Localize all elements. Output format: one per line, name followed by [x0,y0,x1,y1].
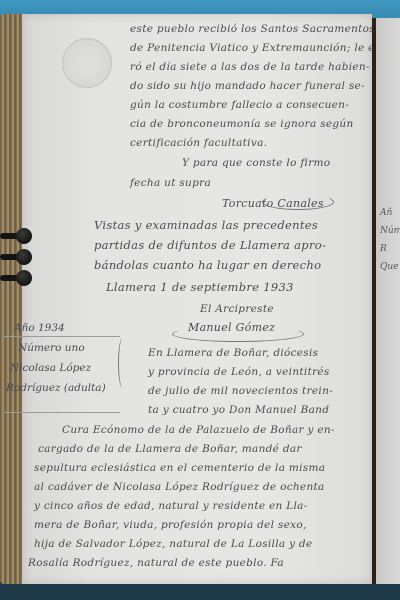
entry-line: fecha ut supra [130,174,211,194]
facing-page: Añ Núm R Que [376,18,400,584]
entry-line: cia de bronconeumonía se ignora según [130,115,354,135]
entry-line: ró el día siete a las dos de la tarde ha… [130,58,370,78]
entry-line: cargado de la de Llamera de Boñar, mandé… [38,440,302,460]
entry-line: al cadáver de Nicolasa López Rodríguez d… [34,478,325,498]
entry-line: certificación facultativa. [130,134,267,154]
embossed-seal [62,38,112,88]
margin-bracket [118,338,127,388]
entry-line: Y para que conste lo firmo [182,154,330,174]
entry-line: este pueblo recibió los Santos Sacrament… [130,20,375,40]
entry-line: En Llamera de Boñar, diócesis [148,344,318,364]
approval-line: Vistas y examinadas las precedentes [94,216,318,236]
margin-underline [4,336,120,337]
margin-entry-header: Año 1934 Número uno Nicolasa López Rodrí… [6,318,126,398]
approval-line: bándolas cuanto ha lugar en derecho [94,256,321,276]
entry-line: sepultura eclesiástica en el cementerio … [34,459,325,479]
signature-rubric [262,194,334,210]
dark-table-background [0,582,400,600]
margin-year: Año 1934 [14,318,126,338]
margin-name-2: Rodríguez (adulta) [6,378,126,398]
binding-ties [0,225,40,295]
approval-line: partidas de difuntos de Llamera apro- [94,236,326,256]
entry-line: hija de Salvador López, natural de La Lo… [34,535,312,555]
entry-line: ta y cuatro yo Don Manuel Band [148,401,329,421]
margin-name: Nicolasa López [10,358,126,378]
approval-date: Llamera 1 de septiembre 1933 [106,278,294,298]
facing-page-fragment: Añ [380,208,392,218]
entry-line: y provincia de León, a veintitrés [148,363,330,383]
entry-line: mera de Boñar, viuda, profesión propia d… [34,516,307,536]
margin-underline [4,412,120,413]
entry-line: y cinco años de edad, natural y resident… [34,497,308,517]
register-page: este pueblo recibió los Santos Sacrament… [22,14,372,584]
facing-page-fragment: Núm [380,226,400,236]
book-page-edges [0,14,24,584]
facing-page-fragment: R [380,244,387,254]
entry-line: de Penitencia Viatico y Extremaunción; l… [130,39,400,59]
facing-page-fragment: Que [380,262,399,272]
margin-number: Número uno [18,338,126,358]
entry-line: do sido su hijo mandado hacer funeral se… [130,77,365,97]
entry-line: Rosalía Rodríguez, natural de este puebl… [28,554,284,574]
entry-line: de julio de mil novecientos trein- [148,382,333,402]
entry-line: gún la costumbre fallecio a consecuen- [130,96,349,116]
entry-line: Cura Ecónomo de la de Palazuelo de Boñar… [62,421,335,441]
approval-title: El Arcipreste [200,300,274,320]
signature-rubric [172,326,304,342]
